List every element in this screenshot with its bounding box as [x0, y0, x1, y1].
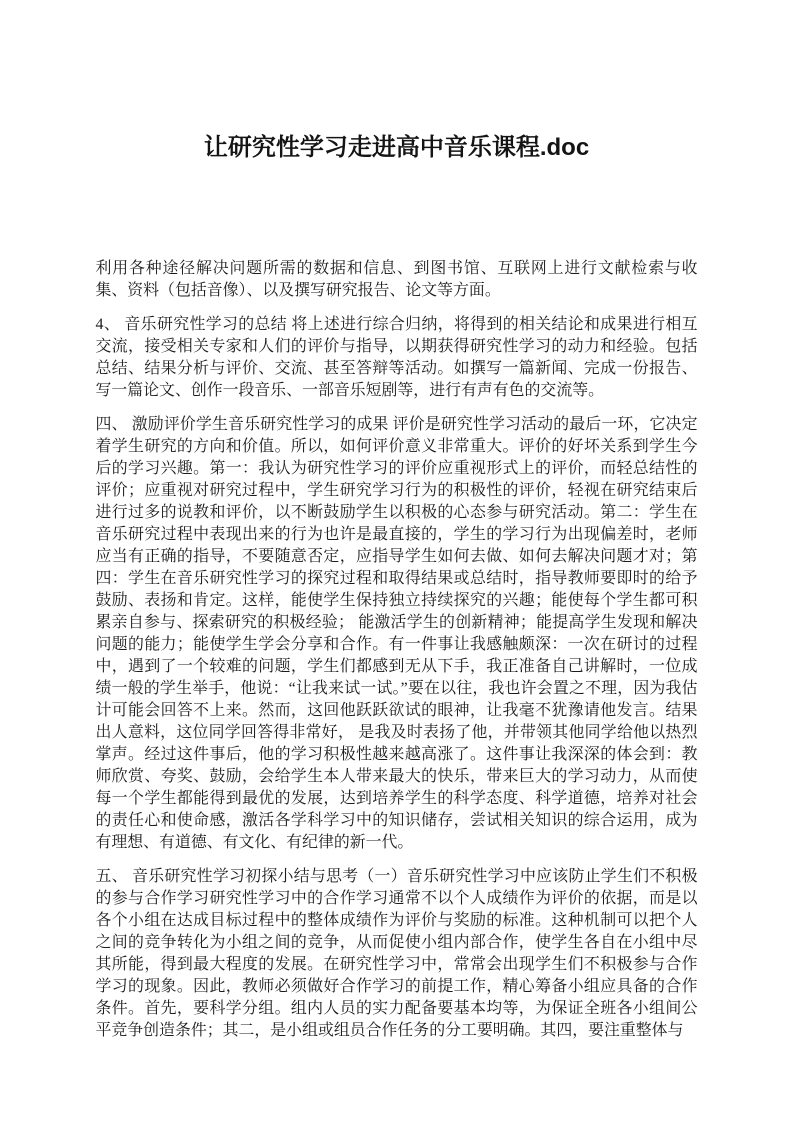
paragraph-intro-continuation: 利用各种途径解决问题所需的数据和信息、到图书馆、互联网上进行文献检索与收集、资料… — [96, 258, 698, 302]
paragraph-section-four-evaluation: 四、 激励评价学生音乐研究性学习的成果 评价是研究性学习活动的最后一环，它决定着… — [96, 414, 698, 854]
paragraph-item-4-summary: 4、 音乐研究性学习的总结 将上述进行综合归纳，将得到的相关结论和成果进行相互交… — [96, 314, 698, 402]
document-page: 让研究性学习走进高中音乐课程.doc 利用各种途径解决问题所需的数据和信息、到图… — [0, 0, 793, 1122]
document-title: 让研究性学习走进高中音乐课程.doc — [0, 0, 793, 163]
paragraph-section-five-reflection: 五、 音乐研究性学习初探小结与思考（一）音乐研究性学习中应该防止学生们不积极的参… — [96, 866, 698, 1042]
document-body: 利用各种途径解决问题所需的数据和信息、到图书馆、互联网上进行文献检索与收集、资料… — [96, 258, 698, 1042]
